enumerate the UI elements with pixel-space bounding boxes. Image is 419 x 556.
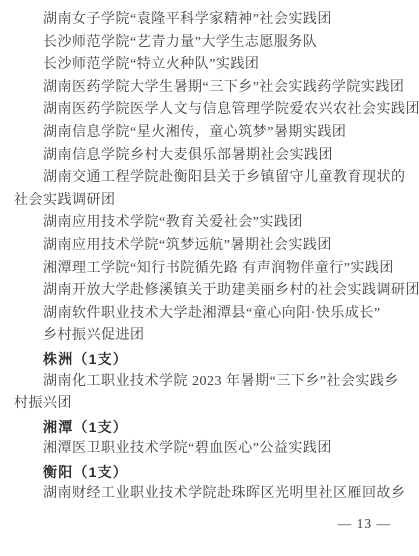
document-page: 湖南女子学院“袁隆平科学家精神”社会实践团长沙师范学院“艺青力量”大学生志愿服务…	[0, 0, 419, 556]
page-number: — 13 —	[338, 516, 391, 532]
text-line: 湖南女子学院“袁隆平科学家精神”社会实践团	[14, 9, 405, 32]
text-line: 湖南化工职业技术学院 2023 年暑期“三下乡”社会实践乡	[14, 371, 405, 394]
text-line: 湖南应用技术学院“筑梦远航”暑期社会实践团	[14, 235, 405, 258]
text-line: 湖南软件职业技术大学赴湘潭县“童心向阳·快乐成长”	[14, 303, 405, 326]
city-heading: 衡阳（1支）	[14, 461, 405, 484]
text-line: 乡村振兴促进团	[14, 325, 405, 348]
practice-team-list: 湖南女子学院“袁隆平科学家精神”社会实践团长沙师范学院“艺青力量”大学生志愿服务…	[14, 9, 405, 506]
text-line: 社会实践调研团	[14, 190, 405, 213]
text-line: 湖南交通工程学院赴衡阳县关于乡镇留守儿童教育现状的	[14, 167, 405, 190]
text-line: 长沙师范学院“艺青力量”大学生志愿服务队	[14, 32, 405, 55]
text-line: 湖南医药学院大学生暑期“三下乡”社会实践药学院实践团	[14, 77, 405, 100]
text-line: 湖南信息学院“星火湘传，童心筑梦”暑期实践团	[14, 122, 405, 145]
city-heading: 株洲（1支）	[14, 348, 405, 371]
text-line: 湖南信息学院乡村大麦俱乐部暑期社会实践团	[14, 145, 405, 168]
text-line: 湘潭医卫职业技术学院“碧血医心”公益实践团	[14, 438, 405, 461]
text-line: 湖南开放大学赴修溪镇关于助建美丽乡村的社会实践调研团	[14, 280, 405, 303]
city-heading: 湘潭（1支）	[14, 416, 405, 439]
text-line: 湖南应用技术学院“教育关爱社会”实践团	[14, 212, 405, 235]
text-line: 长沙师范学院“特立火种队”实践团	[14, 54, 405, 77]
text-line: 湘潭理工学院“知行书院循先路 有声润物伴童行”实践团	[14, 258, 405, 281]
text-line: 湖南医药学院医学人文与信息管理学院爱农兴农社会实践团	[14, 99, 405, 122]
text-line: 村振兴团	[14, 393, 405, 416]
text-line: 湖南财经工业职业技术学院赴珠晖区光明里社区雁回故乡	[14, 483, 405, 506]
